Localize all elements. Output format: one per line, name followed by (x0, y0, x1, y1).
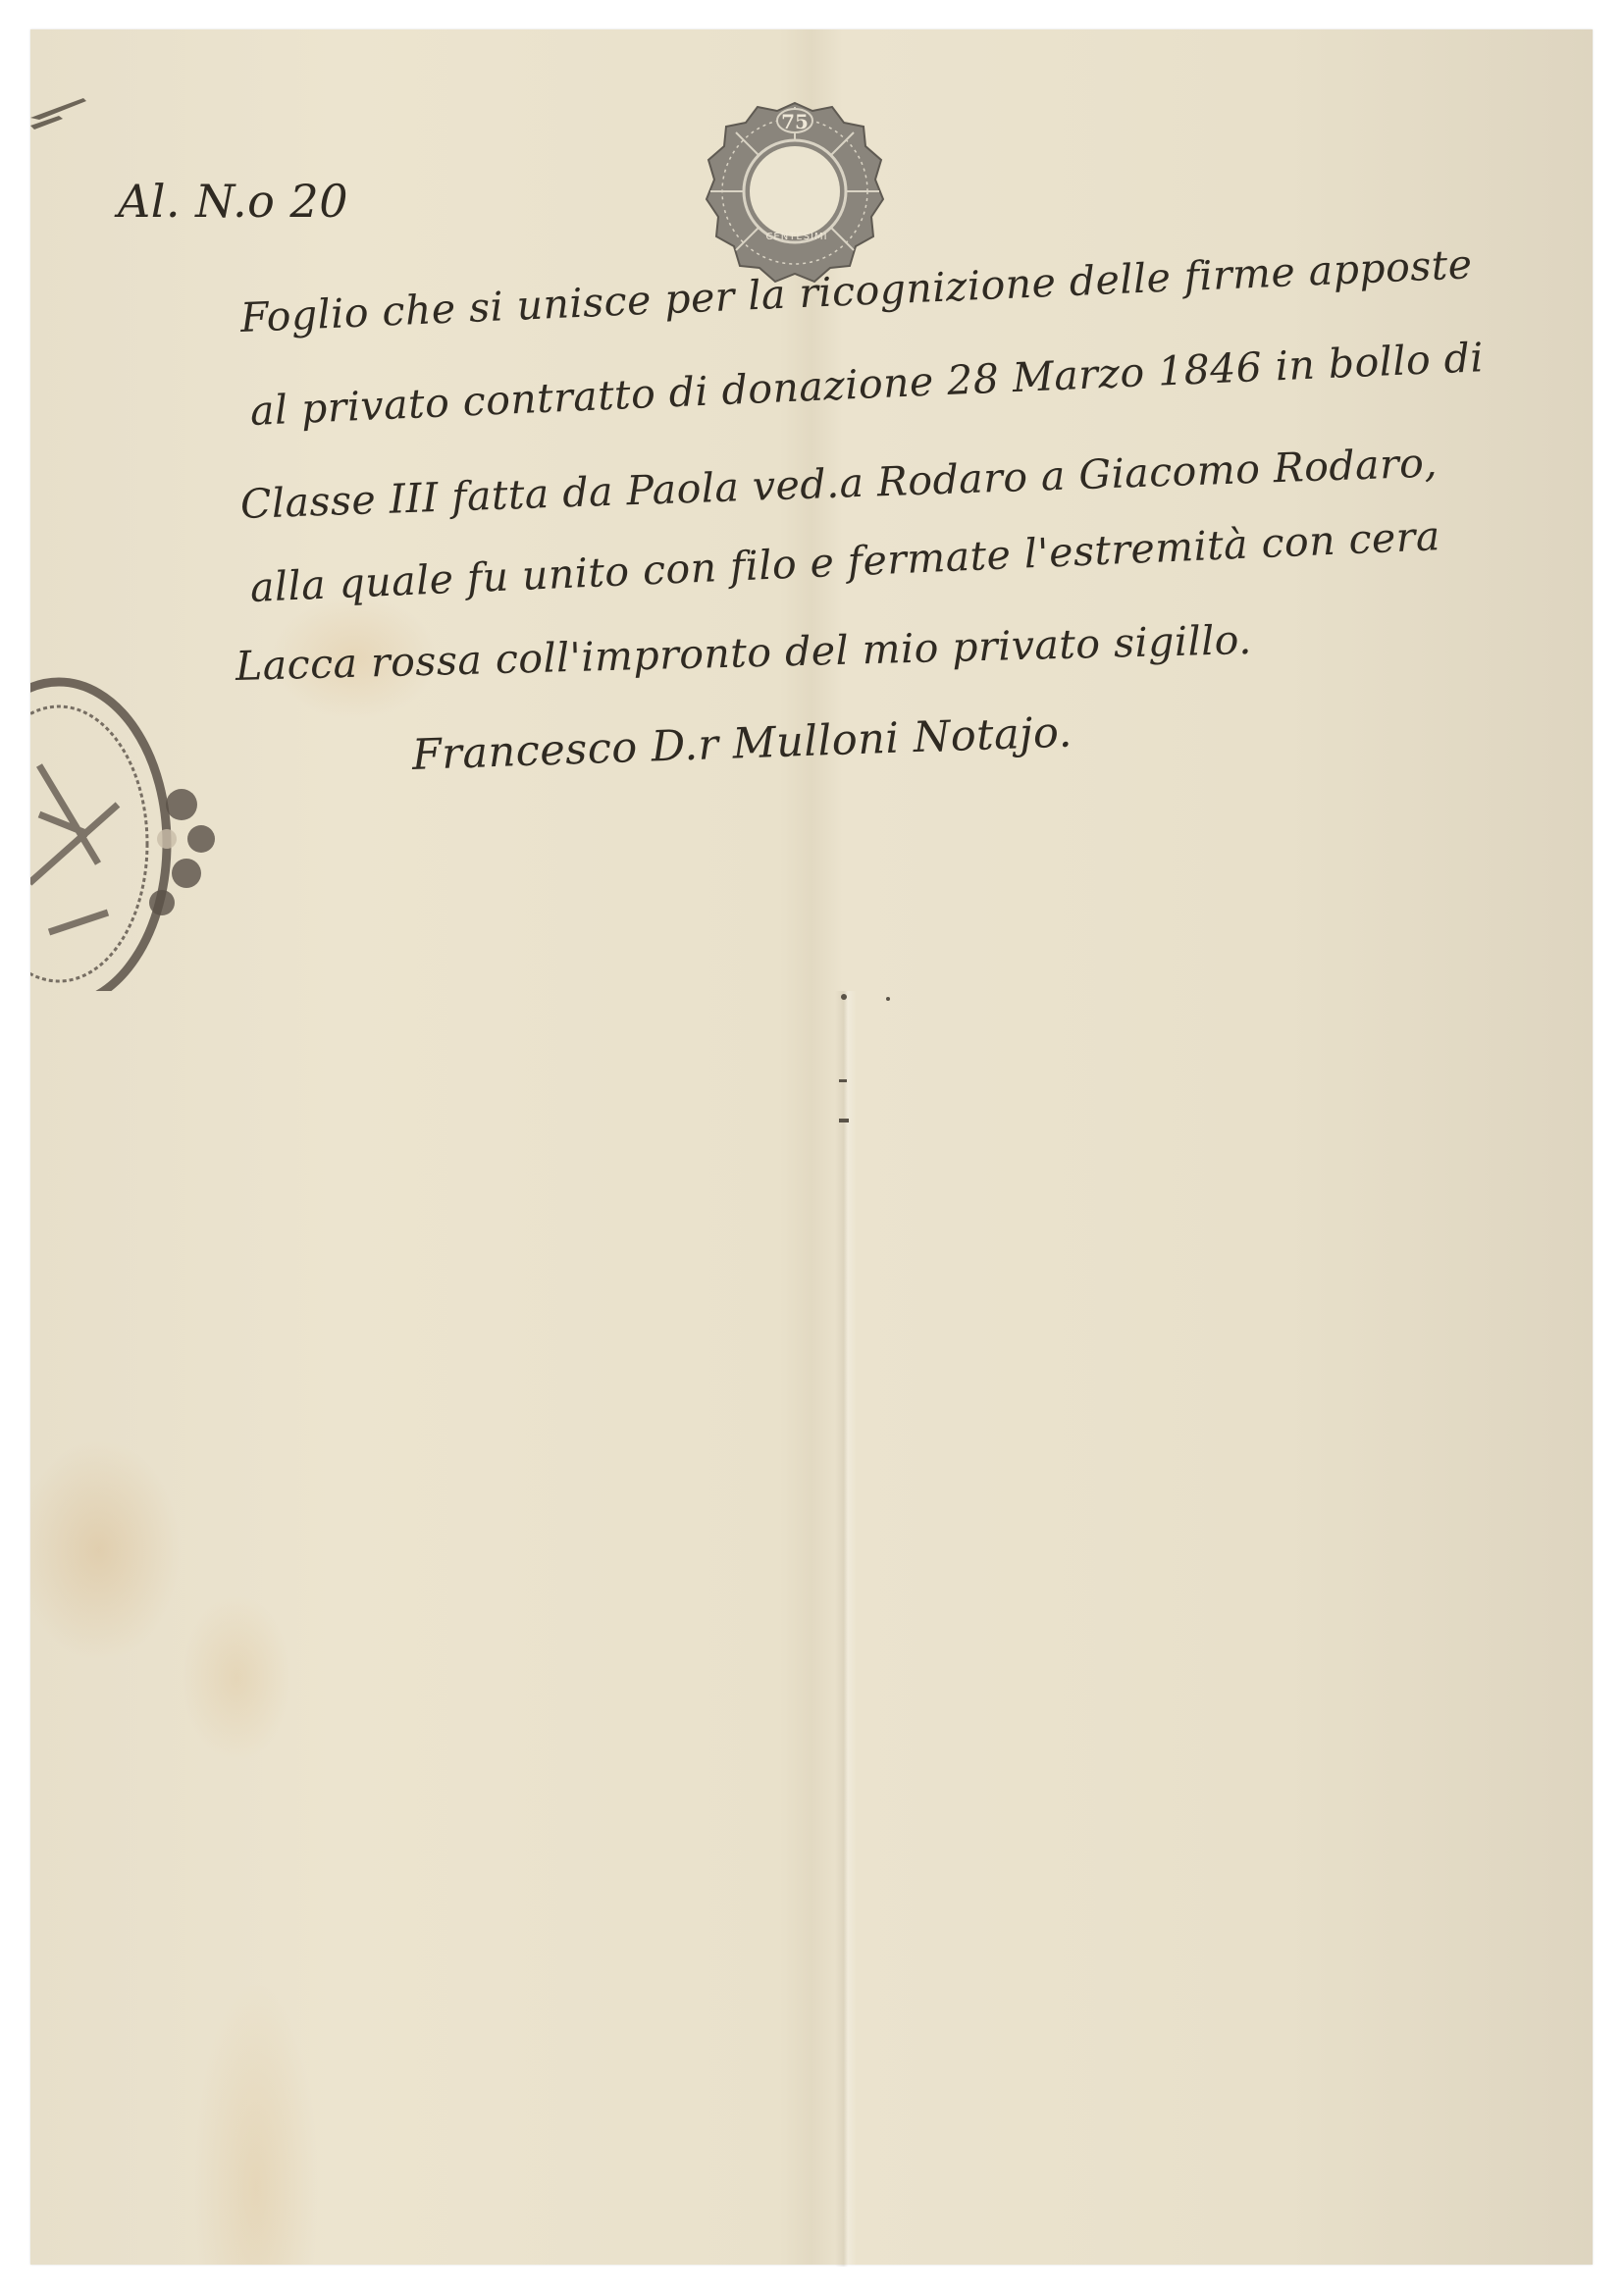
stamp-caption: CENTESIMI (756, 232, 838, 242)
document-reference: Al. N.o 20 (118, 175, 348, 228)
stamp-value: 75 (775, 110, 814, 133)
paper-fold-crease (835, 991, 857, 2267)
